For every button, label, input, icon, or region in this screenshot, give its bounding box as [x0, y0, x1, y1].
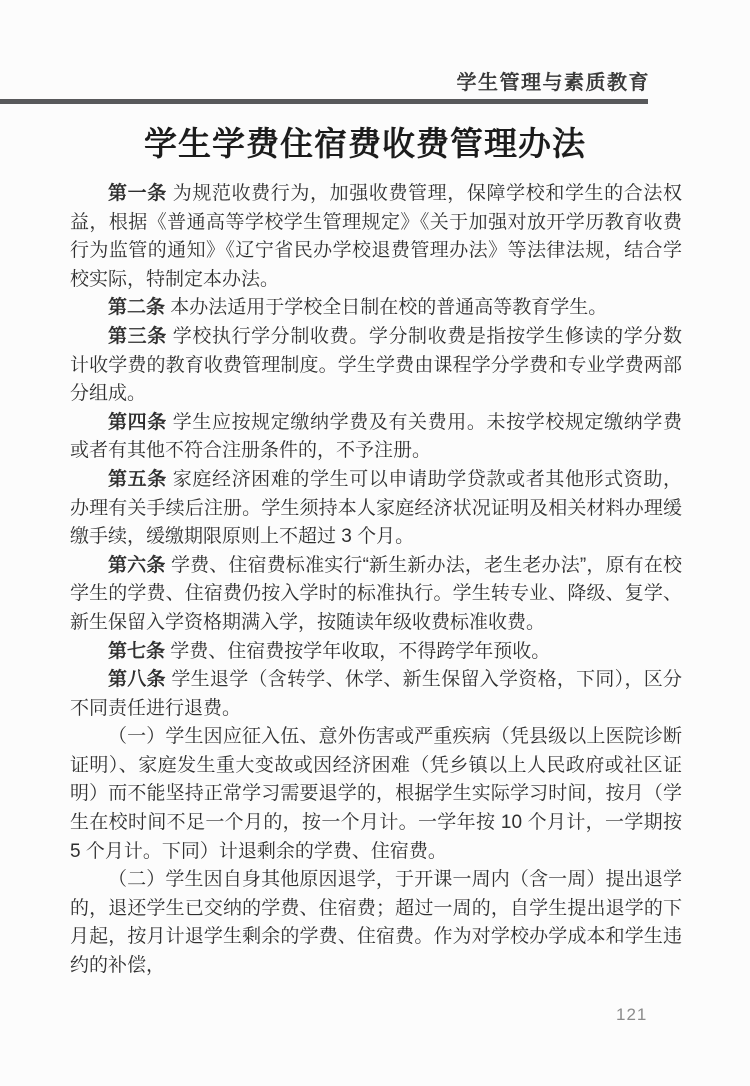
article-label: 第七条: [108, 641, 165, 662]
paragraph: 第二条 本办法适用于学校全日制在校的普通高等教育学生。: [70, 294, 682, 323]
page-title: 学生学费住宿费收费管理办法: [68, 124, 662, 164]
paragraph: 第八条 学生退学（含转学、休学、新生保留入学资格，下同），区分不同责任进行退费。: [70, 666, 682, 723]
paragraph: 第一条 为规范收费行为，加强收费管理，保障学校和学生的合法权益，根据《普通高等学…: [70, 180, 682, 294]
paragraph: 第三条 学校执行学分制收费。学分制收费是指按学生修读的学分数计收学费的教育收费管…: [70, 323, 682, 409]
paragraph: （二）学生因自身其他原因退学，于开课一周内（含一周）提出退学的，退还学生已交纳的…: [70, 866, 682, 980]
header-rule: [0, 99, 648, 104]
paragraph: 第四条 学生应按规定缴纳学费及有关费用。未按学校规定缴纳学费或者有其他不符合注册…: [70, 409, 682, 466]
document-body: 第一条 为规范收费行为，加强收费管理，保障学校和学生的合法权益，根据《普通高等学…: [70, 180, 682, 981]
document-page: 学生管理与素质教育 学生学费住宿费收费管理办法 第一条 为规范收费行为，加强收费…: [0, 0, 750, 1086]
paragraph: 第五条 家庭经济困难的学生可以申请助学贷款或者其他形式资助，办理有关手续后注册。…: [70, 466, 682, 552]
page-number: 121: [616, 1005, 647, 1025]
paragraph: （一）学生因应征入伍、意外伤害或严重疾病（凭县级以上医院诊断证明）、家庭发生重大…: [70, 723, 682, 866]
article-label: 第四条: [108, 412, 167, 433]
paragraph: 第七条 学费、住宿费按学年收取，不得跨学年预收。: [70, 638, 682, 667]
article-label: 第五条: [108, 469, 167, 490]
article-label: 第三条: [108, 326, 167, 347]
paragraph: 第六条 学费、住宿费标准实行“新生新办法，老生老办法”，原有在校学生的学费、住宿…: [70, 552, 682, 638]
article-label: 第八条: [108, 669, 166, 690]
article-label: 第一条: [108, 183, 167, 204]
article-label: 第六条: [108, 555, 166, 576]
running-header: 学生管理与素质教育: [0, 0, 750, 95]
article-label: 第二条: [108, 297, 165, 318]
